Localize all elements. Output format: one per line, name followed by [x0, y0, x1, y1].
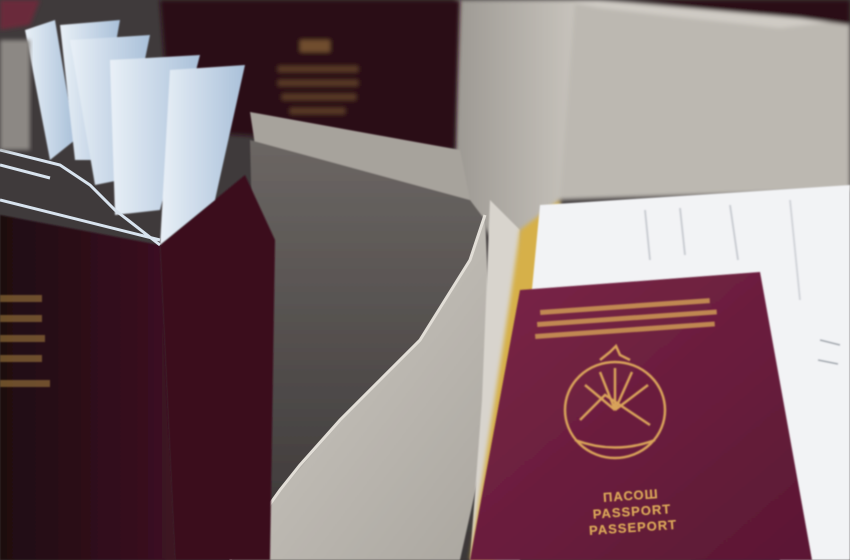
photo-illustration	[0, 0, 850, 560]
passport-cover-title: ПАСОШ PASSPORT PASSEPORT	[570, 484, 693, 540]
photo-scene: ПАСОШ PASSPORT PASSEPORT	[0, 0, 850, 560]
left-passports	[0, 20, 275, 560]
